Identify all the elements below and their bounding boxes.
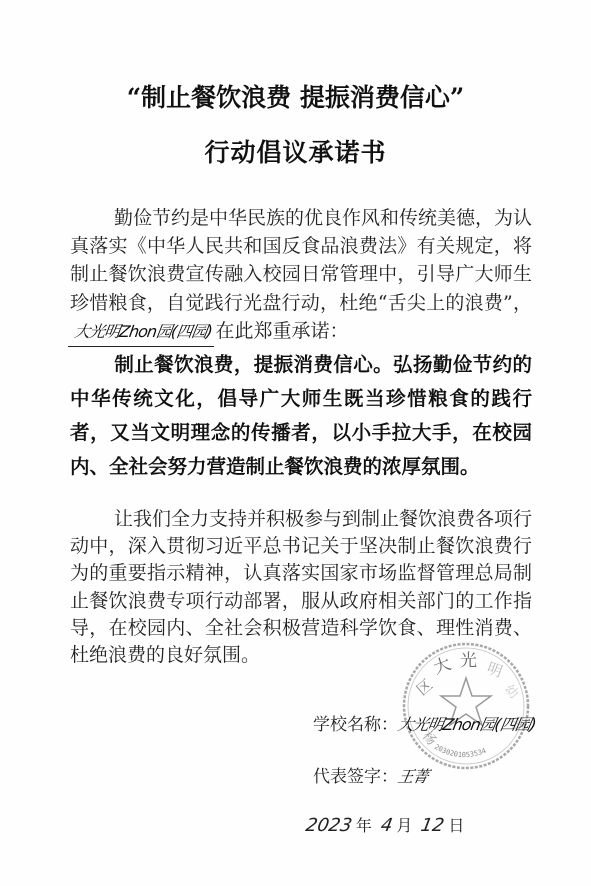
paragraph-call-to-action: 让我们全力支持并积极参与到制止餐饮浪费各项行动中，深入贯彻习近平总书记关于坚决制…: [70, 506, 532, 669]
paragraph-commitment: 制止餐饮浪费，提振消费信心。弘扬勤俭节约的中华传统文化，倡导广大师生既当珍惜粮食…: [70, 348, 532, 484]
svg-text:2030201053534: 2030201053534: [433, 743, 487, 759]
school-name-row: 学校名称：大光明Zhon园(四园): [313, 710, 536, 735]
date-month: 4: [379, 815, 394, 836]
date-day: 12: [420, 815, 447, 836]
svg-text:区: 区: [413, 676, 436, 699]
date-row: 2023年 4月 12日: [302, 813, 464, 836]
commitment-text: 制止餐饮浪费，提振消费信心。弘扬勤俭节约的中华传统文化，倡导广大师生既当珍惜粮食…: [70, 353, 532, 478]
representative-signature: 王菁: [396, 764, 430, 787]
stamp-number: 2030201053534: [433, 743, 487, 759]
date-year: 2023: [304, 815, 354, 836]
date-day-label: 日: [448, 816, 464, 835]
document-page: “制止餐饮浪费 提振消费信心” 行动倡议承诺书 勤俭节约是中华民族的优良作风和传…: [0, 0, 591, 886]
document-subtitle: 行动倡议承诺书: [0, 133, 591, 169]
handwritten-school-name: 大光明Zhon园(四园): [68, 318, 218, 347]
intro-text: 勤俭节约是中华民族的优良作风和传统美德，为认真落实《中华人民共和国反食品浪费法》…: [70, 207, 532, 314]
representative-label: 代表签字：: [313, 767, 398, 787]
representative-row: 代表签字：王菁: [313, 762, 428, 787]
school-name-signature: 大光明Zhon园(四园): [396, 712, 538, 735]
svg-text:幼: 幼: [501, 682, 521, 702]
call-to-action-text: 让我们全力支持并积极参与到制止餐饮浪费各项行动中，深入贯彻习近平总书记关于坚决制…: [70, 508, 532, 666]
date-month-label: 月: [396, 816, 412, 835]
intro-text-end: 在此郑重承诺：: [216, 320, 349, 342]
date-year-label: 年: [356, 816, 372, 835]
school-name-label: 学校名称：: [313, 715, 398, 735]
paragraph-intro: 勤俭节约是中华民族的优良作风和传统美德，为认真落实《中华人民共和国反食品浪费法》…: [70, 204, 532, 347]
document-title: “制止餐饮浪费 提振消费信心”: [0, 78, 591, 114]
